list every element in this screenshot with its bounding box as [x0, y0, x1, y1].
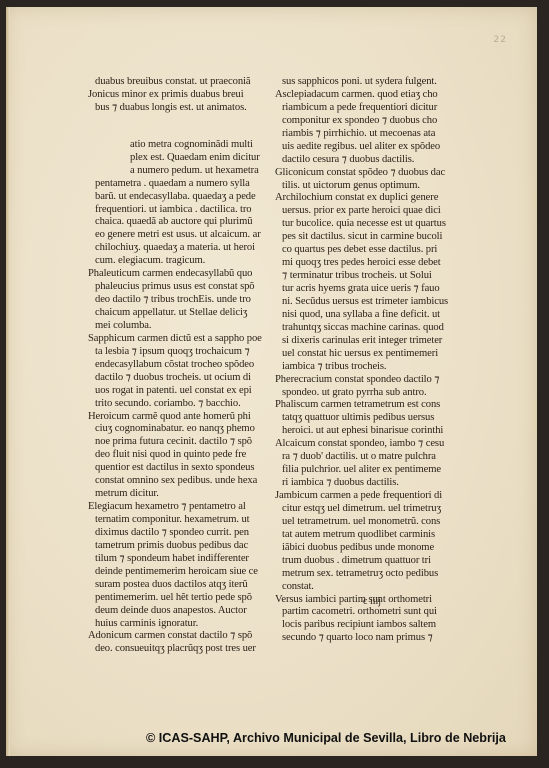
text-line: secundo ⁊ quarto loco nam primus ⁊: [275, 632, 465, 645]
text-line: uersus. prior ex parte heroici quae dici: [275, 205, 465, 218]
text-line: partim cacometri. orthometri sunt qui: [275, 606, 465, 619]
text-line: Archilochium constat ex duplici genere: [275, 192, 465, 205]
text-line: plex est. Quaedam enim dicitur: [88, 152, 270, 165]
text-line: ternatim componitur. hexametrum. ut: [88, 514, 270, 527]
text-line: dactilo ⁊ duobus trocheis. ut ocium di: [88, 372, 270, 385]
text-line: uel tetrametrum. uel monometrũ. cons: [275, 516, 465, 529]
text-line: a numero pedum. ut hexametra: [88, 165, 270, 178]
text-line: componitur ex spondeo ⁊ duobus cho: [275, 115, 465, 128]
signature-mark: c iiij: [363, 596, 381, 607]
text-line: tametrum primis duobus pedibus dac: [88, 540, 270, 553]
text-line: nisi quod, una syllaba a fine deficit. u…: [275, 309, 465, 322]
text-line: tilum ⁊ spondeum habet indifferenter: [88, 553, 270, 566]
text-line: noe prima futura cecinit. dactilo ⁊ spõ: [88, 436, 270, 449]
text-line: Elegiacum hexametro ⁊ pentametro al: [88, 501, 270, 514]
copyright-notice: © ICAS-SAHP, Archivo Municipal de Sevill…: [146, 731, 506, 745]
text-line: constat omnino sex pedibus. unde hexa: [88, 475, 270, 488]
page-edge: [6, 7, 10, 756]
text-line: ⁊ terminatur tribus trocheis. ut Solui: [275, 270, 465, 283]
text-line: tur bucolice. quia necesse est ut quartu…: [275, 218, 465, 231]
text-line: Pherecracium constat spondeo dactilo ⁊: [275, 374, 465, 387]
text-line: phaleucius primus usus est constat spõ: [88, 281, 270, 294]
text-line: suram postea duos dactilos atqʒ iterũ: [88, 579, 270, 592]
text-line: tatqʒ quattuor ultimis pedibus uersus: [275, 412, 465, 425]
text-line: Sapphicum carmen dictũ est a sappho poe: [88, 333, 270, 346]
folio-number: 22: [494, 35, 507, 45]
text-line: deo. consueuitqʒ placrũqʒ post tres uer: [88, 643, 270, 656]
text-line: riambicum a pede frequentiori dicitur: [275, 102, 465, 115]
text-line: huius carminis ignoratur.: [88, 618, 270, 631]
text-line: ta lesbia ⁊ ipsum quoqʒ trochaicum ⁊: [88, 346, 270, 359]
text-line: uel constat hic uersus ex pentimemeri: [275, 348, 465, 361]
text-line: Heroicum carmẽ quod ante homerũ phi: [88, 411, 270, 424]
text-line: co quartus pes debet esse dactilus. pri: [275, 244, 465, 257]
text-line: riambis ⁊ pirrhichio. ut mecoenas ata: [275, 128, 465, 141]
text-line: Gliconicum constat spõdeo ⁊ duobus dac: [275, 167, 465, 180]
text-line: ri iambica ⁊ duobus dactilis.: [275, 477, 465, 490]
text-line: cum. elegiacum. tragicum.: [88, 255, 270, 268]
text-line: sus sapphicos poni. ut sydera fulgent.: [275, 76, 465, 89]
text-line: mi quoqʒ tres pedes heroici esse debet: [275, 257, 465, 270]
text-line: trahuntqʒ siccas machine carinas. quod: [275, 322, 465, 335]
text-line: uos rogat in patenti. uel constat ex epi: [88, 385, 270, 398]
text-line: eo genere metri est usus. ut alcaicum. a…: [88, 229, 270, 242]
text-line: Phaliscum carmen tetrametrum est cons: [275, 399, 465, 412]
text-line: chilochiuʒ. quaedaʒ a materia. ut heroi: [88, 242, 270, 255]
text-line: bus ⁊ duabus longis est. ut animatos.: [88, 102, 270, 115]
text-line: endecasyllabum cõstat trocheo spõdeo: [88, 359, 270, 372]
right-text-column: sus sapphicos poni. ut sydera fulgent.As…: [275, 76, 465, 645]
text-line: Phaleuticum carmen endecasyllabũ quo: [88, 268, 270, 281]
text-line: dactilo cesura ⁊ duobus dactilis.: [275, 154, 465, 167]
left-text-column: duabus breuibus constat. ut praeconiãJon…: [88, 76, 270, 656]
text-line: si dixeris carinulas erit integer trimet…: [275, 335, 465, 348]
text-line: mei columba.: [88, 320, 270, 333]
text-line: trito secundo. coriambo. ⁊ bacchio.: [88, 398, 270, 411]
text-line: citur estqʒ uel dimetrum. uel trimetruʒ: [275, 503, 465, 516]
text-line: iãbici duobus pedibus unde monome: [275, 542, 465, 555]
text-line: metrum dicitur.: [88, 488, 270, 501]
text-line: atio metra cognominãdi multi: [88, 139, 270, 152]
text-line: Jambicum carmen a pede frequentiori di: [275, 490, 465, 503]
text-line: chaicum appellatur. ut Stellae deliciʒ: [88, 307, 270, 320]
text-line: pes sit dactilus. sicut in carmine bucol…: [275, 231, 465, 244]
text-line: quentior est dactilus in sexto spondeus: [88, 462, 270, 475]
text-line: deum deinde duos anapestos. Auctor: [88, 605, 270, 618]
text-line: Asclepiadacum carmen. quod etiaʒ cho: [275, 89, 465, 102]
text-line: duabus breuibus constat. ut praeconiã: [88, 76, 270, 89]
text-line: deinde pentimemerim heroicam siue ce: [88, 566, 270, 579]
text-line: barũ. ut endecasyllaba. quaedaʒ a pede: [88, 191, 270, 204]
text-line: trum duobus . dimetrum quattuor tri: [275, 555, 465, 568]
text-line: Jonicus minor ex primis duabus breui: [88, 89, 270, 102]
text-line: deo fluit nisi quod in quinto pede fre: [88, 449, 270, 462]
paragraph-gap: [88, 115, 270, 139]
text-line: spondeo. ut grato pyrrha sub antro.: [275, 387, 465, 400]
text-line: Adonicum carmen constat dactilo ⁊ spõ: [88, 630, 270, 643]
text-line: tilis. ut uictorum genus optimum.: [275, 180, 465, 193]
text-line: locis paribus recipiunt iambos saltem: [275, 619, 465, 632]
text-line: ni. Secũdus uersus est trimeter iambicus: [275, 296, 465, 309]
text-line: deo dactilo ⁊ tribus trochEis. unde tro: [88, 294, 270, 307]
text-line: tat autem metrum quodlibet carminis: [275, 529, 465, 542]
text-line: pentimemerim. uel hẽt tertio pede spõ: [88, 592, 270, 605]
text-line: pentametra . quaedam a numero sylla: [88, 178, 270, 191]
text-line: uis aedite regibus. uel aliter ex spõdeo: [275, 141, 465, 154]
text-line: metrum sex. tetrametruʒ octo pedibus: [275, 568, 465, 581]
text-line: ra ⁊ duob' dactilis. ut o matre pulchra: [275, 451, 465, 464]
text-line: Alcaicum constat spondeo, iambo ⁊ cesu: [275, 438, 465, 451]
text-line: constat.: [275, 581, 465, 594]
text-line: diximus dactilo ⁊ spondeo currit. pen: [88, 527, 270, 540]
text-line: frequentiori. ut iambica . dactilica. tr…: [88, 204, 270, 217]
text-line: ciuʒ cognominabatur. eo nanqʒ phemo: [88, 423, 270, 436]
text-line: heroici. ut aut ephesi binarisue corinth…: [275, 425, 465, 438]
text-line: iambica ⁊ tribus trocheis.: [275, 361, 465, 374]
text-line: chaica. quaedã ab auctore qui plurimũ: [88, 216, 270, 229]
text-line: tur acris hyems grata uice ueris ⁊ fauo: [275, 283, 465, 296]
text-line: filia pulchrior. uel aliter ex pentimeme: [275, 464, 465, 477]
